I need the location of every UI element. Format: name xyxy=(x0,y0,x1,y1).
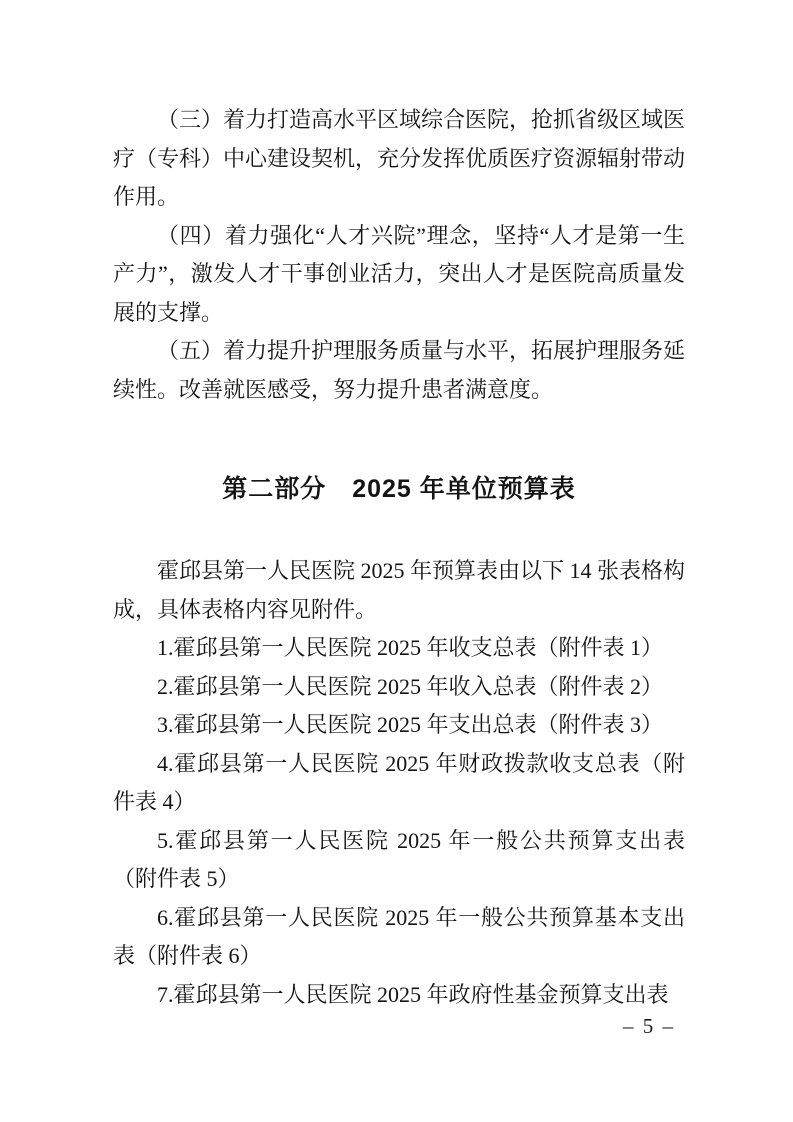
table-list-item-1: 1.霍邱县第一人民医院 2025 年收支总表（附件表 1） xyxy=(113,629,685,668)
paragraph-item-5: （五）着力提升护理服务质量与水平，拓展护理服务延续性。改善就医感受，努力提升患者… xyxy=(113,332,685,409)
table-list-item-5: 5.霍邱县第一人民医院 2025 年一般公共预算支出表（附件表 5） xyxy=(113,822,685,899)
page-footer: – 5 – xyxy=(623,1013,675,1039)
table-list-item-3: 3.霍邱县第一人民医院 2025 年支出总表（附件表 3） xyxy=(113,706,685,745)
intro-paragraph: 霍邱县第一人民医院 2025 年预算表由以下 14 张表格构成，具体表格内容见附… xyxy=(113,552,685,629)
table-list-item-6: 6.霍邱县第一人民医院 2025 年一般公共预算基本支出表（附件表 6） xyxy=(113,899,685,976)
paragraph-item-3: （三）着力打造高水平区域综合医院，抢抓省级区域医疗（专科）中心建设契机，充分发挥… xyxy=(113,101,685,217)
table-list-item-2: 2.霍邱县第一人民医院 2025 年收入总表（附件表 2） xyxy=(113,668,685,707)
paragraph-item-4: （四）着力强化“人才兴院”理念，坚持“人才是第一生产力”，激发人才干事创业活力，… xyxy=(113,217,685,333)
page-number: – 5 – xyxy=(623,1014,675,1038)
document-page: （三）着力打造高水平区域综合医院，抢抓省级区域医疗（专科）中心建设契机，充分发挥… xyxy=(0,0,793,1122)
table-list-item-4: 4.霍邱县第一人民医院 2025 年财政拨款收支总表（附件表 4） xyxy=(113,745,685,822)
table-list-item-7: 7.霍邱县第一人民医院 2025 年政府性基金预算支出表 xyxy=(113,976,685,1015)
page-content: （三）着力打造高水平区域综合医院，抢抓省级区域医疗（专科）中心建设契机，充分发挥… xyxy=(113,101,685,1014)
section-heading-part2: 第二部分 2025 年单位预算表 xyxy=(113,459,685,519)
